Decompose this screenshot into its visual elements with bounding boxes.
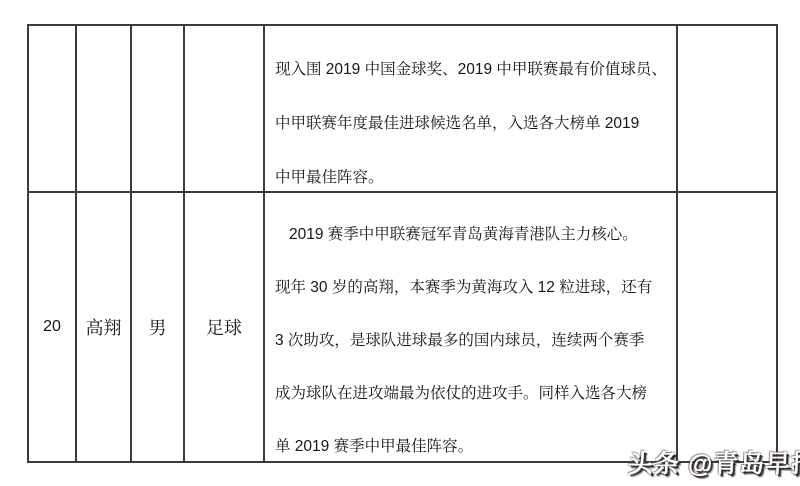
cell-sport [183,26,263,193]
sport-text: 足球 [206,314,242,340]
cell-name [75,26,130,193]
cell-note [676,193,776,461]
players-table: 现入围 2019 中国金球奖、2019 中甲联赛最有价值球员、 中甲联赛年度最佳… [27,24,778,463]
description-line: 现入围 2019 中国金球奖、2019 中甲联赛最有价值球员、 [275,43,672,97]
description-line: 中甲联赛年度最佳进球候选名单，入选各大榜单 2019 [275,97,672,151]
number-text: 20 [43,318,61,336]
toutiao-watermark: 头条 @青岛早报 [627,444,800,480]
description-line: 成为球队在进攻端最为依仗的进攻手。同样入选各大榜 [275,367,672,420]
cell-number [29,26,75,193]
cell-gender: 男 [130,193,183,461]
cell-gender [130,26,183,193]
name-text: 高翔 [86,314,122,340]
description-line: 中甲最佳阵容。 [275,151,672,193]
cell-description: 现入围 2019 中国金球奖、2019 中甲联赛最有价值球员、 中甲联赛年度最佳… [263,26,676,193]
cell-sport: 足球 [183,193,263,461]
description-line: 现年 30 岁的高翔，本赛季为黄海攻入 12 粒进球，还有 [275,261,672,314]
cell-name: 高翔 [75,193,130,461]
document-page: 现入围 2019 中国金球奖、2019 中甲联赛最有价值球员、 中甲联赛年度最佳… [0,0,800,486]
description-line: 单 2019 赛季中甲最佳阵容。 [275,420,672,461]
gender-text: 男 [149,314,167,340]
description-line: 2019 赛季中甲联赛冠军青岛黄海青港队主力核心。 [275,208,672,261]
cell-description: 2019 赛季中甲联赛冠军青岛黄海青港队主力核心。 现年 30 岁的高翔，本赛季… [263,193,676,461]
description-line: 3 次助攻，是球队进球最多的国内球员，连续两个赛季 [275,314,672,367]
watermark-text: 头条 @青岛早报 [627,450,800,478]
cell-note [676,26,776,193]
cell-number: 20 [29,193,75,461]
